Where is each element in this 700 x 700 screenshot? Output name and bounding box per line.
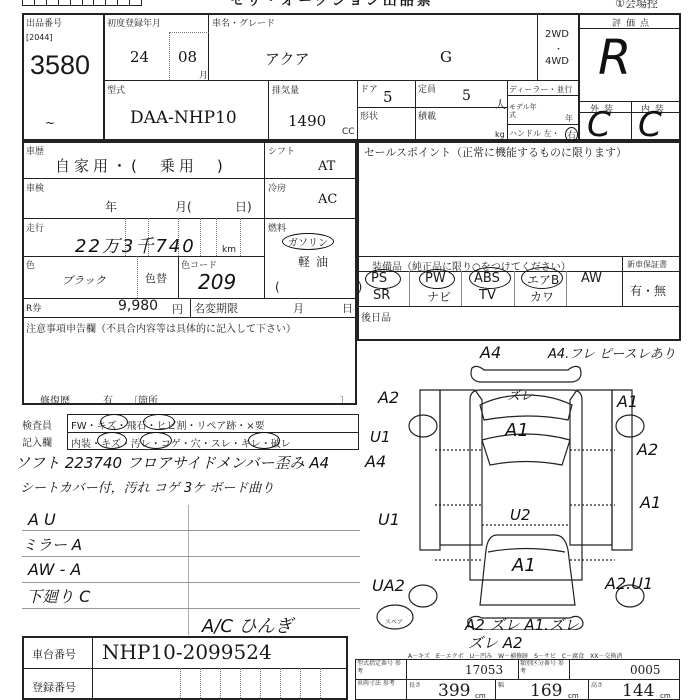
history-label: 車歴 — [26, 144, 44, 157]
equip-sr: SR — [373, 288, 390, 303]
interior-score: C — [638, 105, 662, 145]
handwritten-line-4: ミラー A — [22, 534, 82, 555]
doors-value: 5 — [383, 88, 393, 106]
circle-fw-kizu — [100, 414, 128, 430]
diagram-note: A2 — [378, 388, 399, 407]
sales-points-label: セールスポイント（正常に機能するものに限ります） — [364, 144, 627, 160]
aircon-label: 冷房 — [268, 181, 286, 194]
inspection-label: 車検 — [26, 181, 44, 194]
height-label: 高さ — [591, 680, 603, 689]
drive-2wd: 2WD — [545, 29, 569, 40]
model-value: DAA-NHP10 — [130, 108, 237, 128]
recycle-value: 9,980 — [118, 298, 158, 314]
venue-copy-label: ①会場控 — [615, 0, 658, 11]
diagram-note: U2 — [510, 506, 531, 524]
diagram-note: A4 — [365, 452, 386, 471]
first-reg-year: 24 — [130, 48, 149, 66]
diagram-note: U1 — [370, 428, 391, 446]
height-value: 144 — [622, 681, 654, 700]
size-label: 車両寸法 参考 — [357, 680, 405, 688]
mileage-unit: km — [222, 245, 236, 255]
car-name: アクア — [265, 48, 310, 69]
car-grade: G — [440, 48, 452, 66]
lot-number: 3580 — [30, 50, 90, 81]
circle-fw-tobiishi — [143, 414, 175, 430]
year-unit: 年 — [565, 113, 573, 124]
top-form — [22, 13, 681, 141]
circle-pw — [419, 269, 455, 289]
first-reg-label: 初度登録年月 — [107, 16, 161, 29]
warranty-label: 新車保証書 — [627, 259, 667, 270]
width-label: 幅 — [498, 680, 504, 689]
lot-mark: ~ — [45, 116, 55, 130]
evaluation-score: R — [598, 30, 631, 86]
lot-code: [2044] — [26, 33, 53, 42]
circle-ps — [365, 269, 401, 289]
spare-tire-label: スペア — [385, 617, 403, 626]
name-change-month: 月 — [293, 300, 304, 316]
first-reg-month: 08 — [178, 48, 197, 66]
diagram-note: A4.フレ ピースレあり — [548, 343, 676, 362]
model-label: 型式 — [107, 83, 125, 96]
handwritten-line-7: A/C ひんぎ — [202, 612, 293, 638]
color-code: 209 — [198, 270, 236, 294]
repair-history-label: 修復歴 — [40, 392, 70, 407]
drive-4wd: 4WD — [545, 56, 569, 67]
model-year-label: モデル年式 — [509, 103, 539, 119]
fuel-label: 燃料 — [268, 221, 286, 234]
name-change-label: 名変期限 — [194, 300, 238, 316]
mileage-label: 走行 — [26, 221, 44, 234]
doors-label: ドア — [360, 82, 378, 95]
handwritten-line-2: シートカバー付，汚れ コゲ 3ケ ボード曲り — [20, 477, 274, 496]
diagram-note: A2.U1 — [605, 574, 653, 593]
displacement-value: 1490 — [288, 112, 326, 130]
capacity-unit: 人 — [495, 96, 506, 112]
shift-value: AT — [318, 159, 335, 174]
circle-airbag — [521, 267, 563, 289]
height-unit: cm — [660, 692, 671, 700]
equip-aw: AW — [581, 271, 602, 286]
lot-label: 出品番号 — [26, 16, 62, 29]
registration-label: 登録番号 — [32, 679, 76, 695]
circle-int-kizu — [97, 432, 127, 449]
inspection-year-unit: 年 — [105, 198, 117, 215]
width-value: 169 — [530, 681, 562, 700]
equipment-grid: PS PW ABS エアB AW SR ナビ TV カワ — [357, 271, 622, 306]
circle-int-sure — [248, 432, 280, 449]
diagram-note: U1 — [378, 510, 400, 529]
later-items-label: 後日品 — [361, 309, 391, 324]
length-value: 399 — [438, 681, 470, 700]
type-no: 17053 — [465, 663, 503, 677]
diagram-note: A1 — [617, 392, 638, 411]
diagram-note: ズレ — [507, 385, 533, 404]
shape-label: 形状 — [360, 109, 378, 122]
diagram-note: A2 — [637, 440, 658, 459]
color-label: 色 — [26, 258, 35, 271]
sales-equipment-form — [357, 141, 681, 341]
repair-location-label: 〔箇所 — [128, 392, 158, 407]
load-label: 積載 — [418, 109, 436, 122]
diagram-note: A1 — [640, 493, 661, 512]
month-unit: 月 — [199, 68, 208, 81]
length-label: 長さ — [409, 680, 421, 689]
recycle-label: R券 — [26, 301, 41, 314]
handwritten-line-3: A U — [28, 510, 56, 529]
handwritten-line-5: AW - A — [28, 560, 81, 579]
handwritten-line-6: 下廻り C — [26, 584, 90, 607]
type-no-label: 型式指定番号 参考 — [357, 660, 405, 676]
drive-dot: ・ — [554, 42, 563, 55]
recycle-unit: 円 — [172, 301, 183, 317]
car-name-label: 車名・グレード — [212, 16, 275, 29]
inspection-day-unit: 日) — [235, 198, 252, 215]
length-unit: cm — [475, 692, 486, 700]
diagram-note: UA2 — [372, 576, 405, 595]
displacement-unit: CC — [342, 127, 355, 137]
load-unit: kg — [495, 130, 505, 139]
circle-int-yogore — [140, 432, 172, 449]
circle-abs — [469, 267, 511, 289]
warranty-value: 有・無 — [630, 282, 666, 299]
exterior-score: C — [587, 105, 611, 145]
handle-label: ハンドル 左・ — [509, 128, 560, 139]
diagram-note: A1 — [505, 420, 529, 441]
chassis-number: NHP10-2099524 — [102, 640, 272, 664]
notes-label: 注意事項申告欄（不具合内容等は具体的に記入して下さい） — [26, 320, 296, 335]
dealer-label: ディーラー・並行 — [509, 84, 572, 95]
equip-tv: TV — [479, 288, 496, 303]
class-no: 0005 — [630, 663, 661, 677]
width-unit: cm — [568, 692, 579, 700]
capacity-value: 5 — [462, 88, 471, 104]
equip-leather: カワ — [530, 288, 554, 305]
handwritten-line-1: ソフト 223740 フロアサイドメンバー歪み A4 — [15, 452, 329, 473]
fuel-diesel: 軽油 — [298, 253, 334, 270]
history-value: 自家用・( 乗用 ) — [55, 155, 227, 176]
class-no-label: 類別区分番号 参考 — [520, 660, 568, 676]
entry-label: 記入欄 — [22, 434, 52, 449]
mileage-value: 22万3千740 — [75, 232, 196, 258]
aircon-value: AC — [318, 192, 337, 207]
repair-location-close: 〕 — [340, 392, 350, 407]
diagram-note: A1 — [512, 555, 536, 576]
name-change-day: 日 — [342, 300, 353, 316]
evaluation-label: 評価点 — [612, 16, 654, 29]
color-change-label: 色替 — [145, 270, 167, 286]
chassis-label: 車台番号 — [32, 646, 76, 662]
inspection-month-unit: 月( — [175, 198, 192, 215]
repair-history-value: 有 — [103, 392, 113, 407]
shift-label: シフト — [268, 144, 295, 157]
inspector-label: 検査員 — [22, 417, 52, 432]
equip-navi: ナビ — [427, 288, 451, 305]
color-value: ブラック — [62, 272, 106, 288]
diagram-note: A4 — [480, 343, 501, 362]
top-number-boxes — [22, 0, 142, 6]
capacity-label: 定員 — [418, 82, 436, 95]
handle-right: 右 — [565, 127, 578, 142]
displacement-label: 排気量 — [272, 83, 299, 96]
form-title: セリ・オークション出品票 — [230, 0, 434, 10]
diagram-note: ズレ A2 — [468, 632, 523, 653]
fuel-gasoline-selected: ガソリン — [282, 233, 334, 250]
